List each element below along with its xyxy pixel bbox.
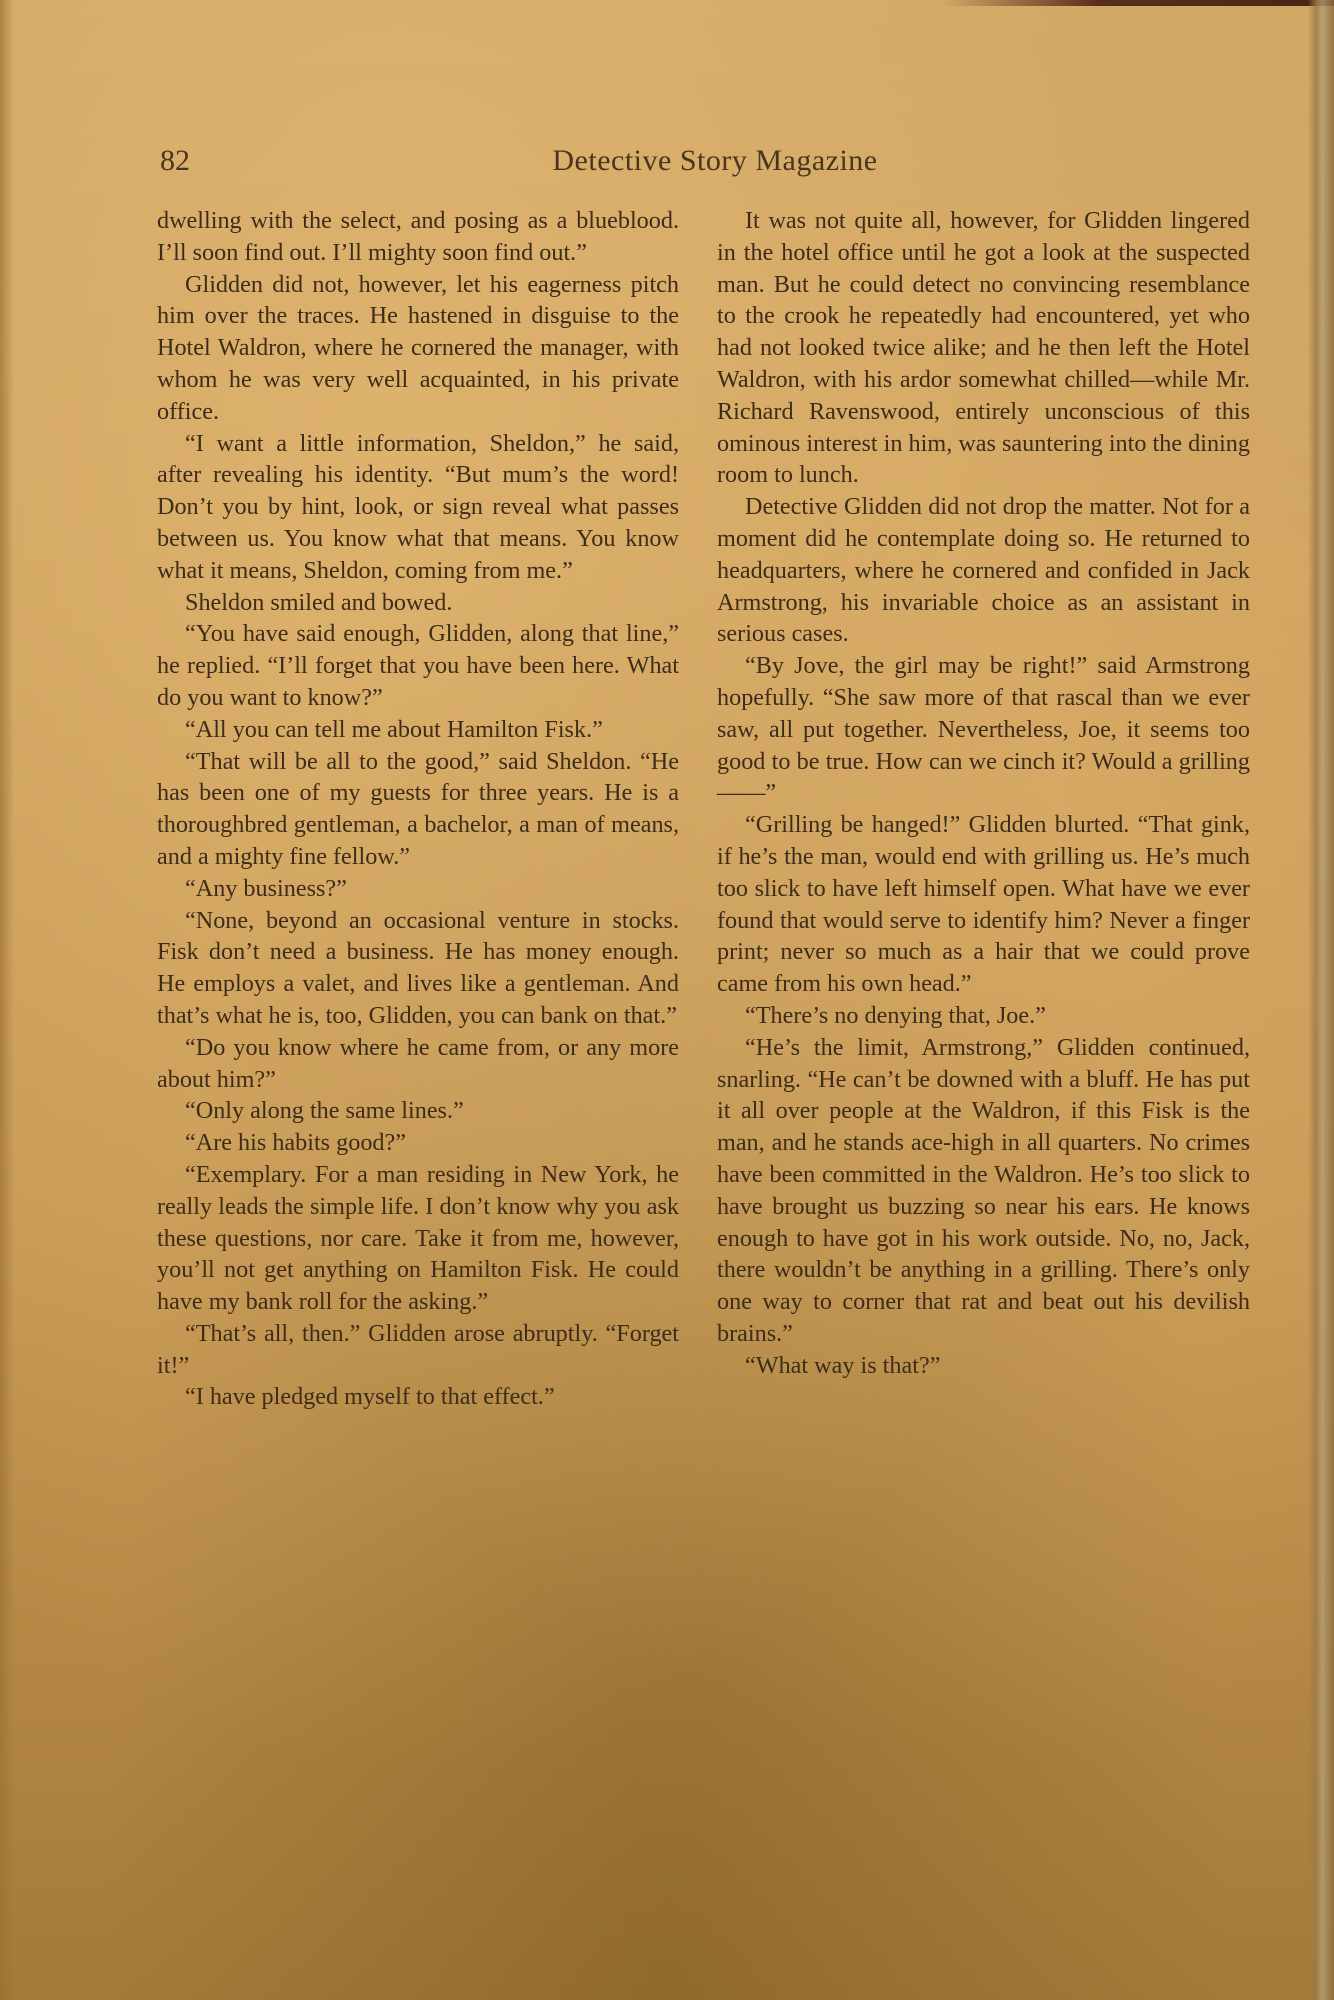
paragraph: “Any business?”: [157, 873, 679, 905]
paragraph: It was not quite all, however, for Glidd…: [717, 205, 1250, 491]
right-column: It was not quite all, however, for Glidd…: [717, 205, 1250, 1381]
paragraph: “By Jove, the girl may be right!” said A…: [717, 650, 1250, 809]
paragraph: “I want a little information, Sheldon,” …: [157, 428, 679, 587]
paragraph: “There’s no denying that, Joe.”: [717, 1000, 1250, 1032]
paragraph: dwelling with the select, and posing as …: [157, 205, 679, 269]
page-top-edge-shadow: [940, 0, 1334, 6]
paragraph: “What way is that?”: [717, 1350, 1250, 1382]
paragraph: “He’s the limit, Armstrong,” Glidden con…: [717, 1032, 1250, 1350]
paragraph: “Exemplary. For a man residing in New Yo…: [157, 1159, 679, 1318]
running-head: 82 Detective Story Magazine: [160, 144, 1240, 184]
paragraph: “None, beyond an occasional venture in s…: [157, 905, 679, 1032]
paragraph: “Do you know where he came from, or any …: [157, 1032, 679, 1096]
page-left-edge-shadow: [0, 0, 14, 2000]
paragraph: “Are his habits good?”: [157, 1127, 679, 1159]
paragraph: “I have pledged myself to that effect.”: [157, 1381, 679, 1413]
page-number: 82: [160, 144, 190, 178]
paragraph: Sheldon smiled and bowed.: [157, 587, 679, 619]
paragraph: Detective Glidden did not drop the matte…: [717, 491, 1250, 650]
paragraph: “Only along the same lines.”: [157, 1095, 679, 1127]
paragraph: “That will be all to the good,” said She…: [157, 746, 679, 873]
paragraph: Glidden did not, however, let his eagern…: [157, 269, 679, 428]
page-binding-edge: [1308, 0, 1334, 2000]
paragraph: “All you can tell me about Hamilton Fisk…: [157, 714, 679, 746]
paragraph: “Grilling be hanged!” Glidden blurted. “…: [717, 809, 1250, 1000]
left-column: dwelling with the select, and posing as …: [157, 205, 679, 1413]
paragraph: “That’s all, then.” Glidden arose abrupt…: [157, 1318, 679, 1382]
magazine-page: 82 Detective Story Magazine dwelling wit…: [0, 0, 1334, 2000]
magazine-title: Detective Story Magazine: [490, 144, 940, 178]
paragraph: “You have said enough, Glidden, along th…: [157, 618, 679, 713]
